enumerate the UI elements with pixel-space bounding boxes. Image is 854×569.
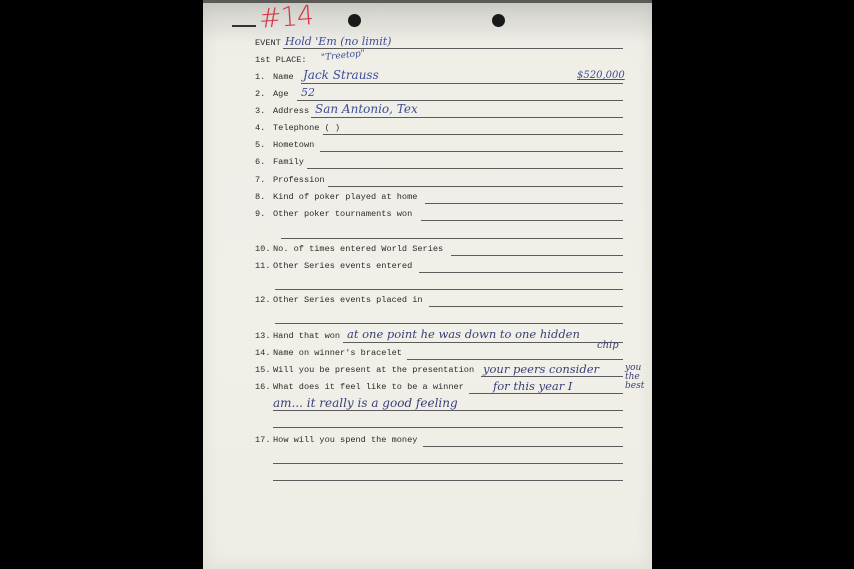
field-name-line bbox=[301, 83, 623, 84]
punch-hole-right bbox=[492, 14, 505, 27]
field-events-entered-line bbox=[419, 272, 623, 273]
field-feel-winner-line-2 bbox=[273, 410, 623, 411]
field-kind-of-poker-line bbox=[425, 203, 623, 204]
first-place-label: 1st PLACE: bbox=[255, 55, 307, 69]
field-telephone-line bbox=[323, 134, 623, 135]
field-hand-that-won-line bbox=[343, 342, 623, 343]
field-profession: 7.Profession bbox=[255, 175, 325, 189]
field-times-entered: 10.No. of times entered World Series bbox=[255, 244, 443, 258]
margin-note: you the best bbox=[625, 364, 651, 391]
field-spend-money-line-3 bbox=[273, 480, 623, 481]
field-address: 3.Address bbox=[255, 106, 309, 120]
prize-annotation: $520,000 bbox=[577, 70, 625, 81]
field-presentation: 15.Will you be present at the presentati… bbox=[255, 365, 474, 379]
field-events-placed: 12.Other Series events placed in bbox=[255, 295, 423, 309]
field-presentation-value: your peers consider bbox=[483, 362, 599, 376]
field-hand-that-won-continuation: chip bbox=[597, 340, 619, 351]
field-bracelet: 14.Name on winner's bracelet bbox=[255, 348, 402, 362]
field-hand-that-won: 13.Hand that won bbox=[255, 331, 340, 345]
field-feel-winner-continuation: am... it really is a good feeling bbox=[273, 396, 458, 410]
field-spend-money-line-2 bbox=[273, 463, 623, 464]
field-other-tournaments-line bbox=[421, 220, 623, 221]
field-spend-money: 17.How will you spend the money bbox=[255, 435, 417, 449]
nickname-annotation: "Treetop" bbox=[321, 49, 366, 64]
field-age-line bbox=[297, 100, 623, 101]
field-address-line bbox=[311, 117, 623, 118]
field-feel-winner-line-3 bbox=[273, 427, 623, 428]
event-line bbox=[283, 48, 623, 49]
field-feel-winner-value: for this year I bbox=[493, 379, 572, 393]
event-value: Hold 'Em (no limit) bbox=[285, 35, 391, 48]
field-hometown: 5.Hometown bbox=[255, 140, 314, 154]
field-events-entered: 11.Other Series events entered bbox=[255, 261, 412, 275]
field-events-placed-line bbox=[429, 306, 623, 307]
field-other-tournaments: 9.Other poker tournaments won bbox=[255, 209, 412, 223]
field-name: 1.Name bbox=[255, 72, 294, 86]
field-kind-of-poker: 8.Kind of poker played at home bbox=[255, 192, 417, 206]
dash-mark bbox=[232, 25, 256, 27]
field-bracelet-line bbox=[407, 359, 623, 360]
field-age: 2.Age bbox=[255, 89, 288, 103]
punch-hole-left bbox=[348, 14, 361, 27]
field-other-tournaments-line-2 bbox=[281, 238, 623, 239]
field-family-line bbox=[307, 168, 623, 169]
field-presentation-line bbox=[481, 376, 623, 377]
field-feel-winner: 16.What does it feel like to be a winner bbox=[255, 382, 464, 396]
field-address-value: San Antonio, Tex bbox=[315, 102, 418, 116]
field-profession-line bbox=[328, 186, 623, 187]
field-events-placed-line-2 bbox=[275, 323, 623, 324]
field-hand-that-won-value: at one point he was down to one hidden bbox=[347, 327, 580, 341]
field-times-entered-line bbox=[451, 255, 623, 256]
field-spend-money-line bbox=[423, 446, 623, 447]
field-family: 6.Family bbox=[255, 157, 304, 171]
field-hometown-line bbox=[320, 151, 623, 152]
field-feel-winner-line bbox=[469, 393, 623, 394]
scanned-form-page: #14 EVENT Hold 'Em (no limit) 1st PLACE:… bbox=[203, 0, 652, 569]
event-label: EVENT bbox=[255, 38, 281, 52]
field-age-value: 52 bbox=[301, 86, 315, 99]
field-name-value: Jack Strauss bbox=[303, 68, 379, 82]
case-number-annotation: #14 bbox=[258, 0, 314, 35]
field-events-entered-line-2 bbox=[275, 289, 623, 290]
